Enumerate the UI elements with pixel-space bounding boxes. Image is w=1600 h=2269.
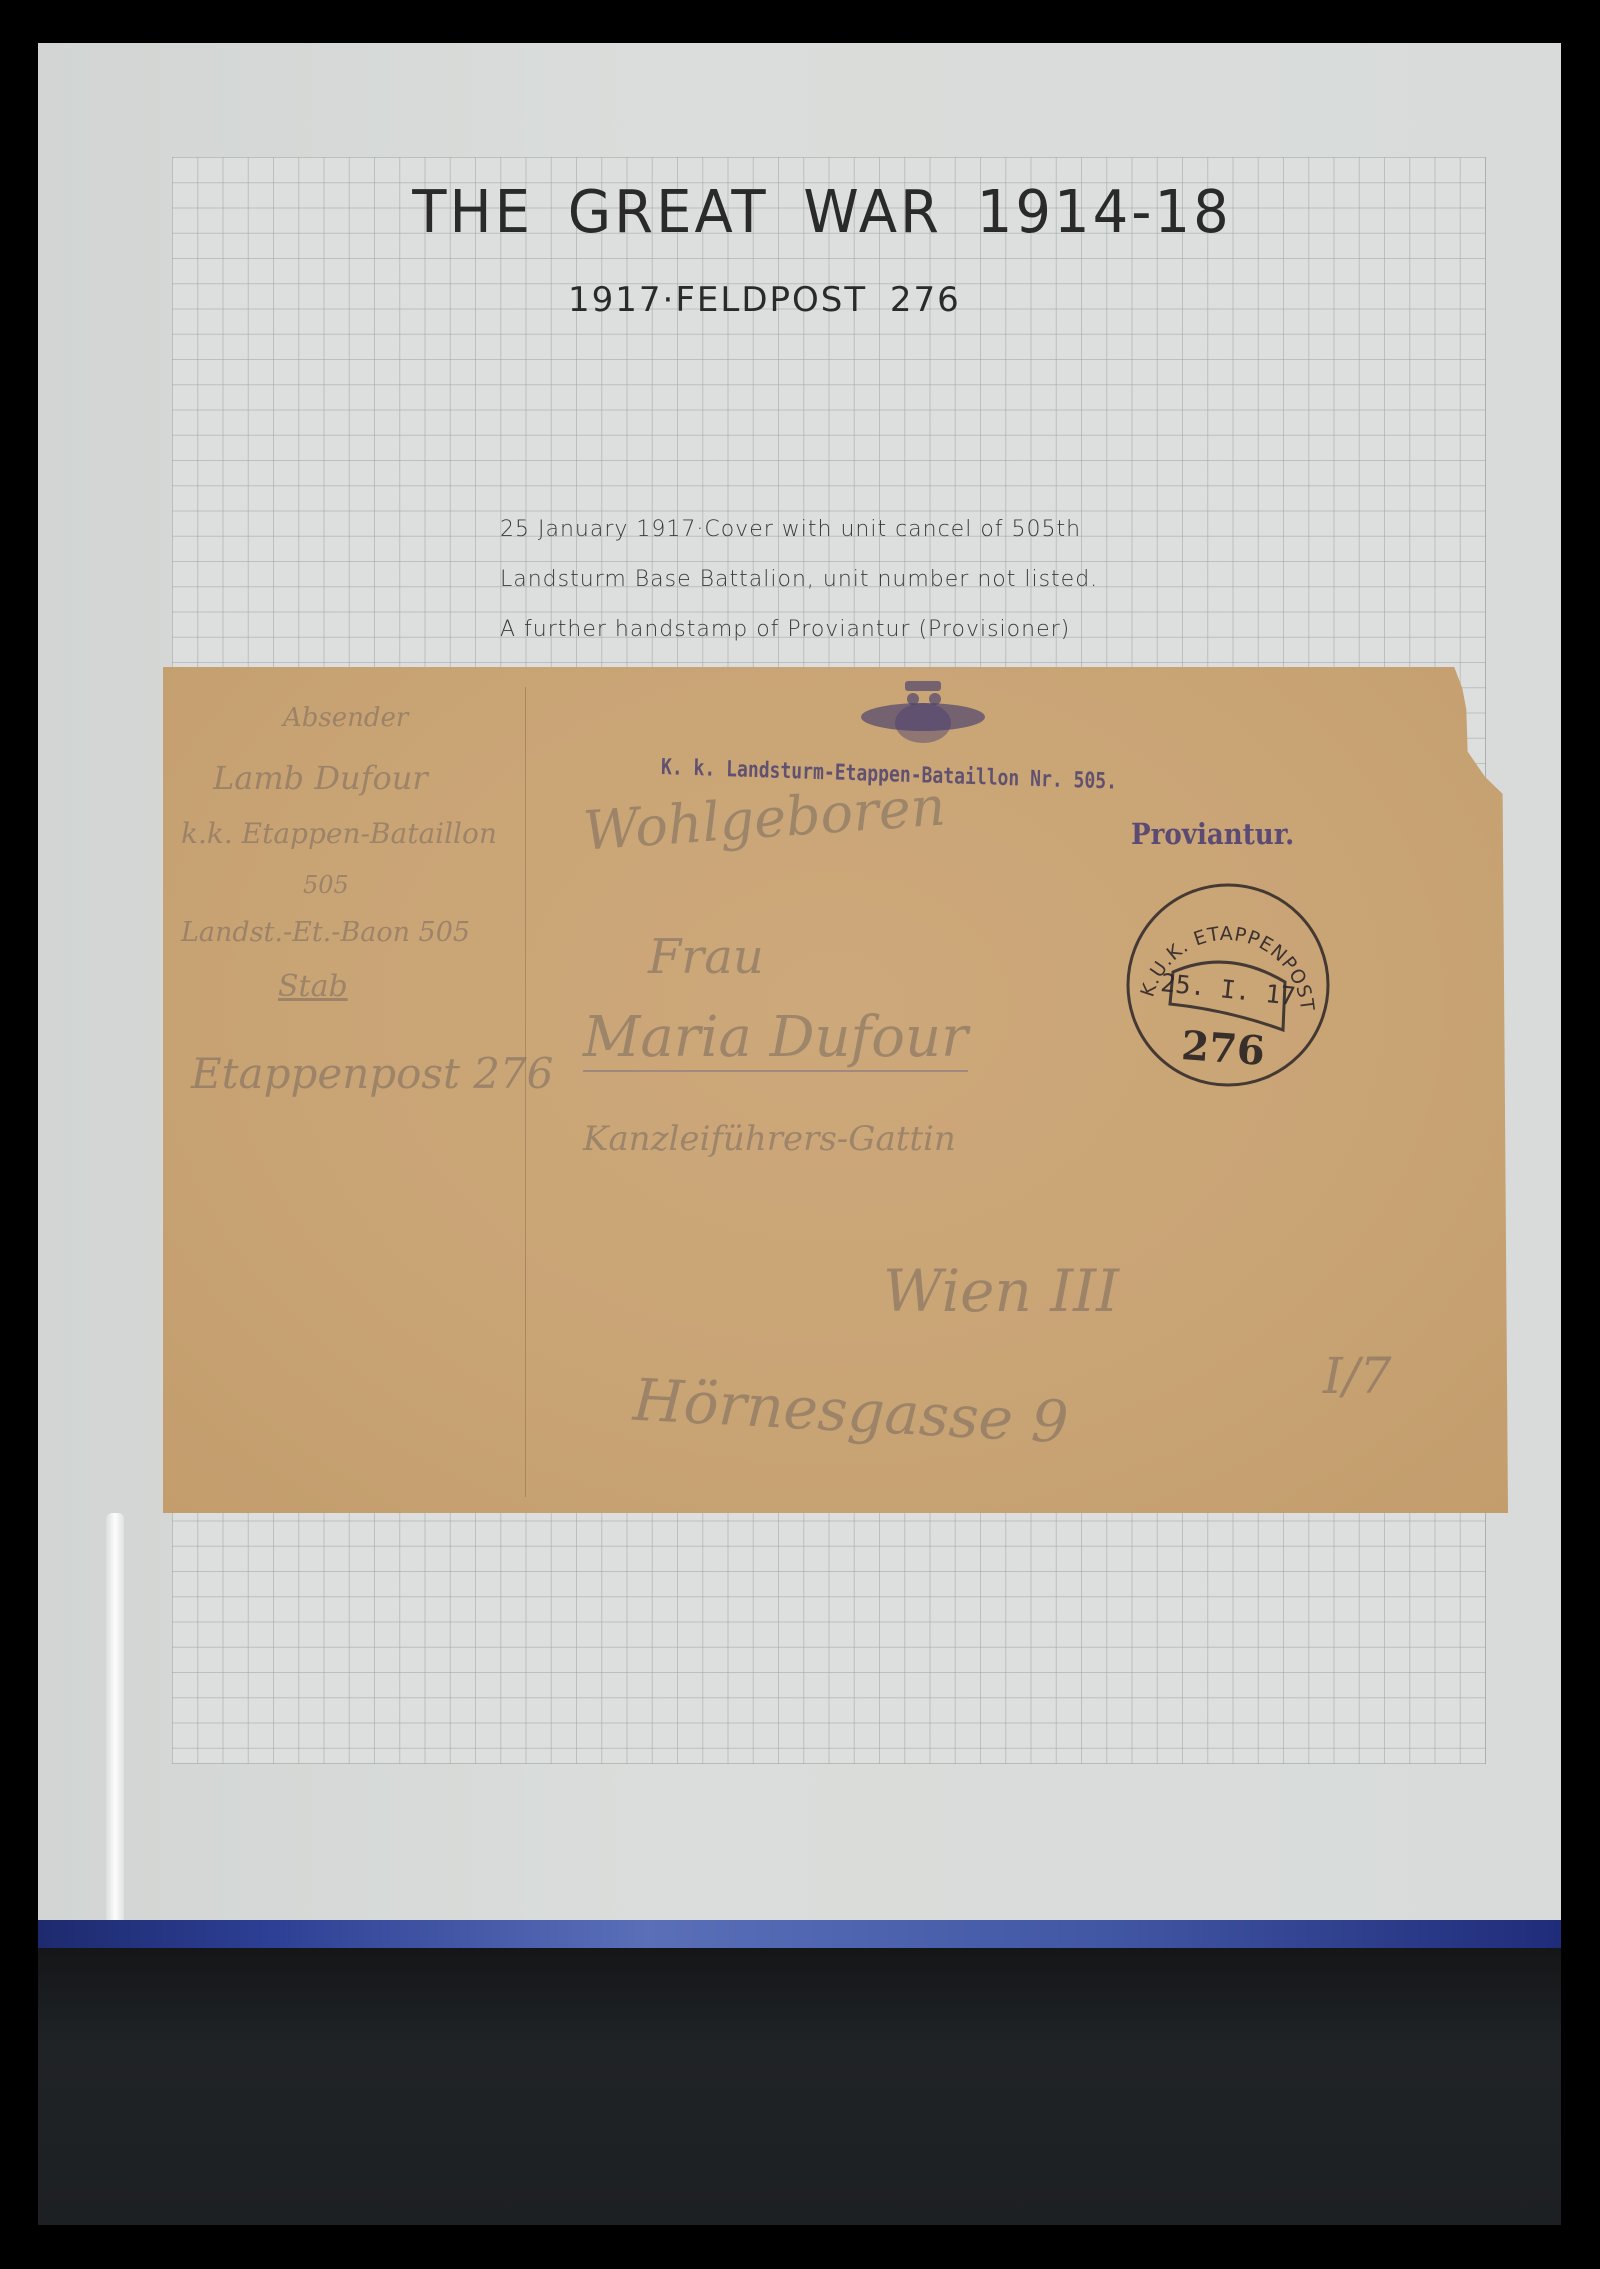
dark-cloth-background [38,1948,1561,2225]
sender-line: 505 [303,871,349,899]
sender-line: Etappenpost 276 [191,1049,553,1098]
address-line: Maria Dufour [583,1005,968,1072]
exhibit-caption: 25 January 1917·Cover with unit cancel o… [500,505,1140,655]
sleeve-glare [106,1513,124,1953]
sender-line: Stab [278,969,348,1004]
address-line: Wien III [883,1257,1119,1325]
caption-line: A further handstamp of Proviantur (Provi… [500,605,1140,655]
address-line: Hörnesgasse 9 [632,1366,1071,1457]
address-line: Wohlgeboren [581,774,947,862]
sender-line: Absender [283,703,408,733]
sender-line: k.k. Etappen-Bataillon [181,817,497,850]
page-title: THE GREAT WAR 1914-18 [22,178,1600,246]
feldpost-cover: Absender Lamb Dufour k.k. Etappen-Batail… [163,667,1508,1513]
sender-line: Lamb Dufour [213,759,428,797]
postmark-office-number: 276 [1180,1022,1267,1075]
eagle-crest-icon [853,677,993,747]
address-line: Frau [648,929,764,985]
corner-note: I/7 [1323,1347,1391,1405]
address-line: Kanzleiführers-Gattin [583,1119,956,1159]
caption-line: Landsturm Base Battalion, unit number no… [500,555,1140,605]
caption-line: 25 January 1917·Cover with unit cancel o… [500,505,1140,555]
etappenpostamt-postmark: K.U.K. ETAPPENPOSTAMT 25. I. 17 276 [1123,880,1333,1090]
proviantur-handstamp: Proviantur. [1131,817,1294,851]
sender-line: Landst.-Et.-Baon 505 [181,917,470,948]
page-subtitle: 1917·FELDPOST 276 [568,280,961,320]
